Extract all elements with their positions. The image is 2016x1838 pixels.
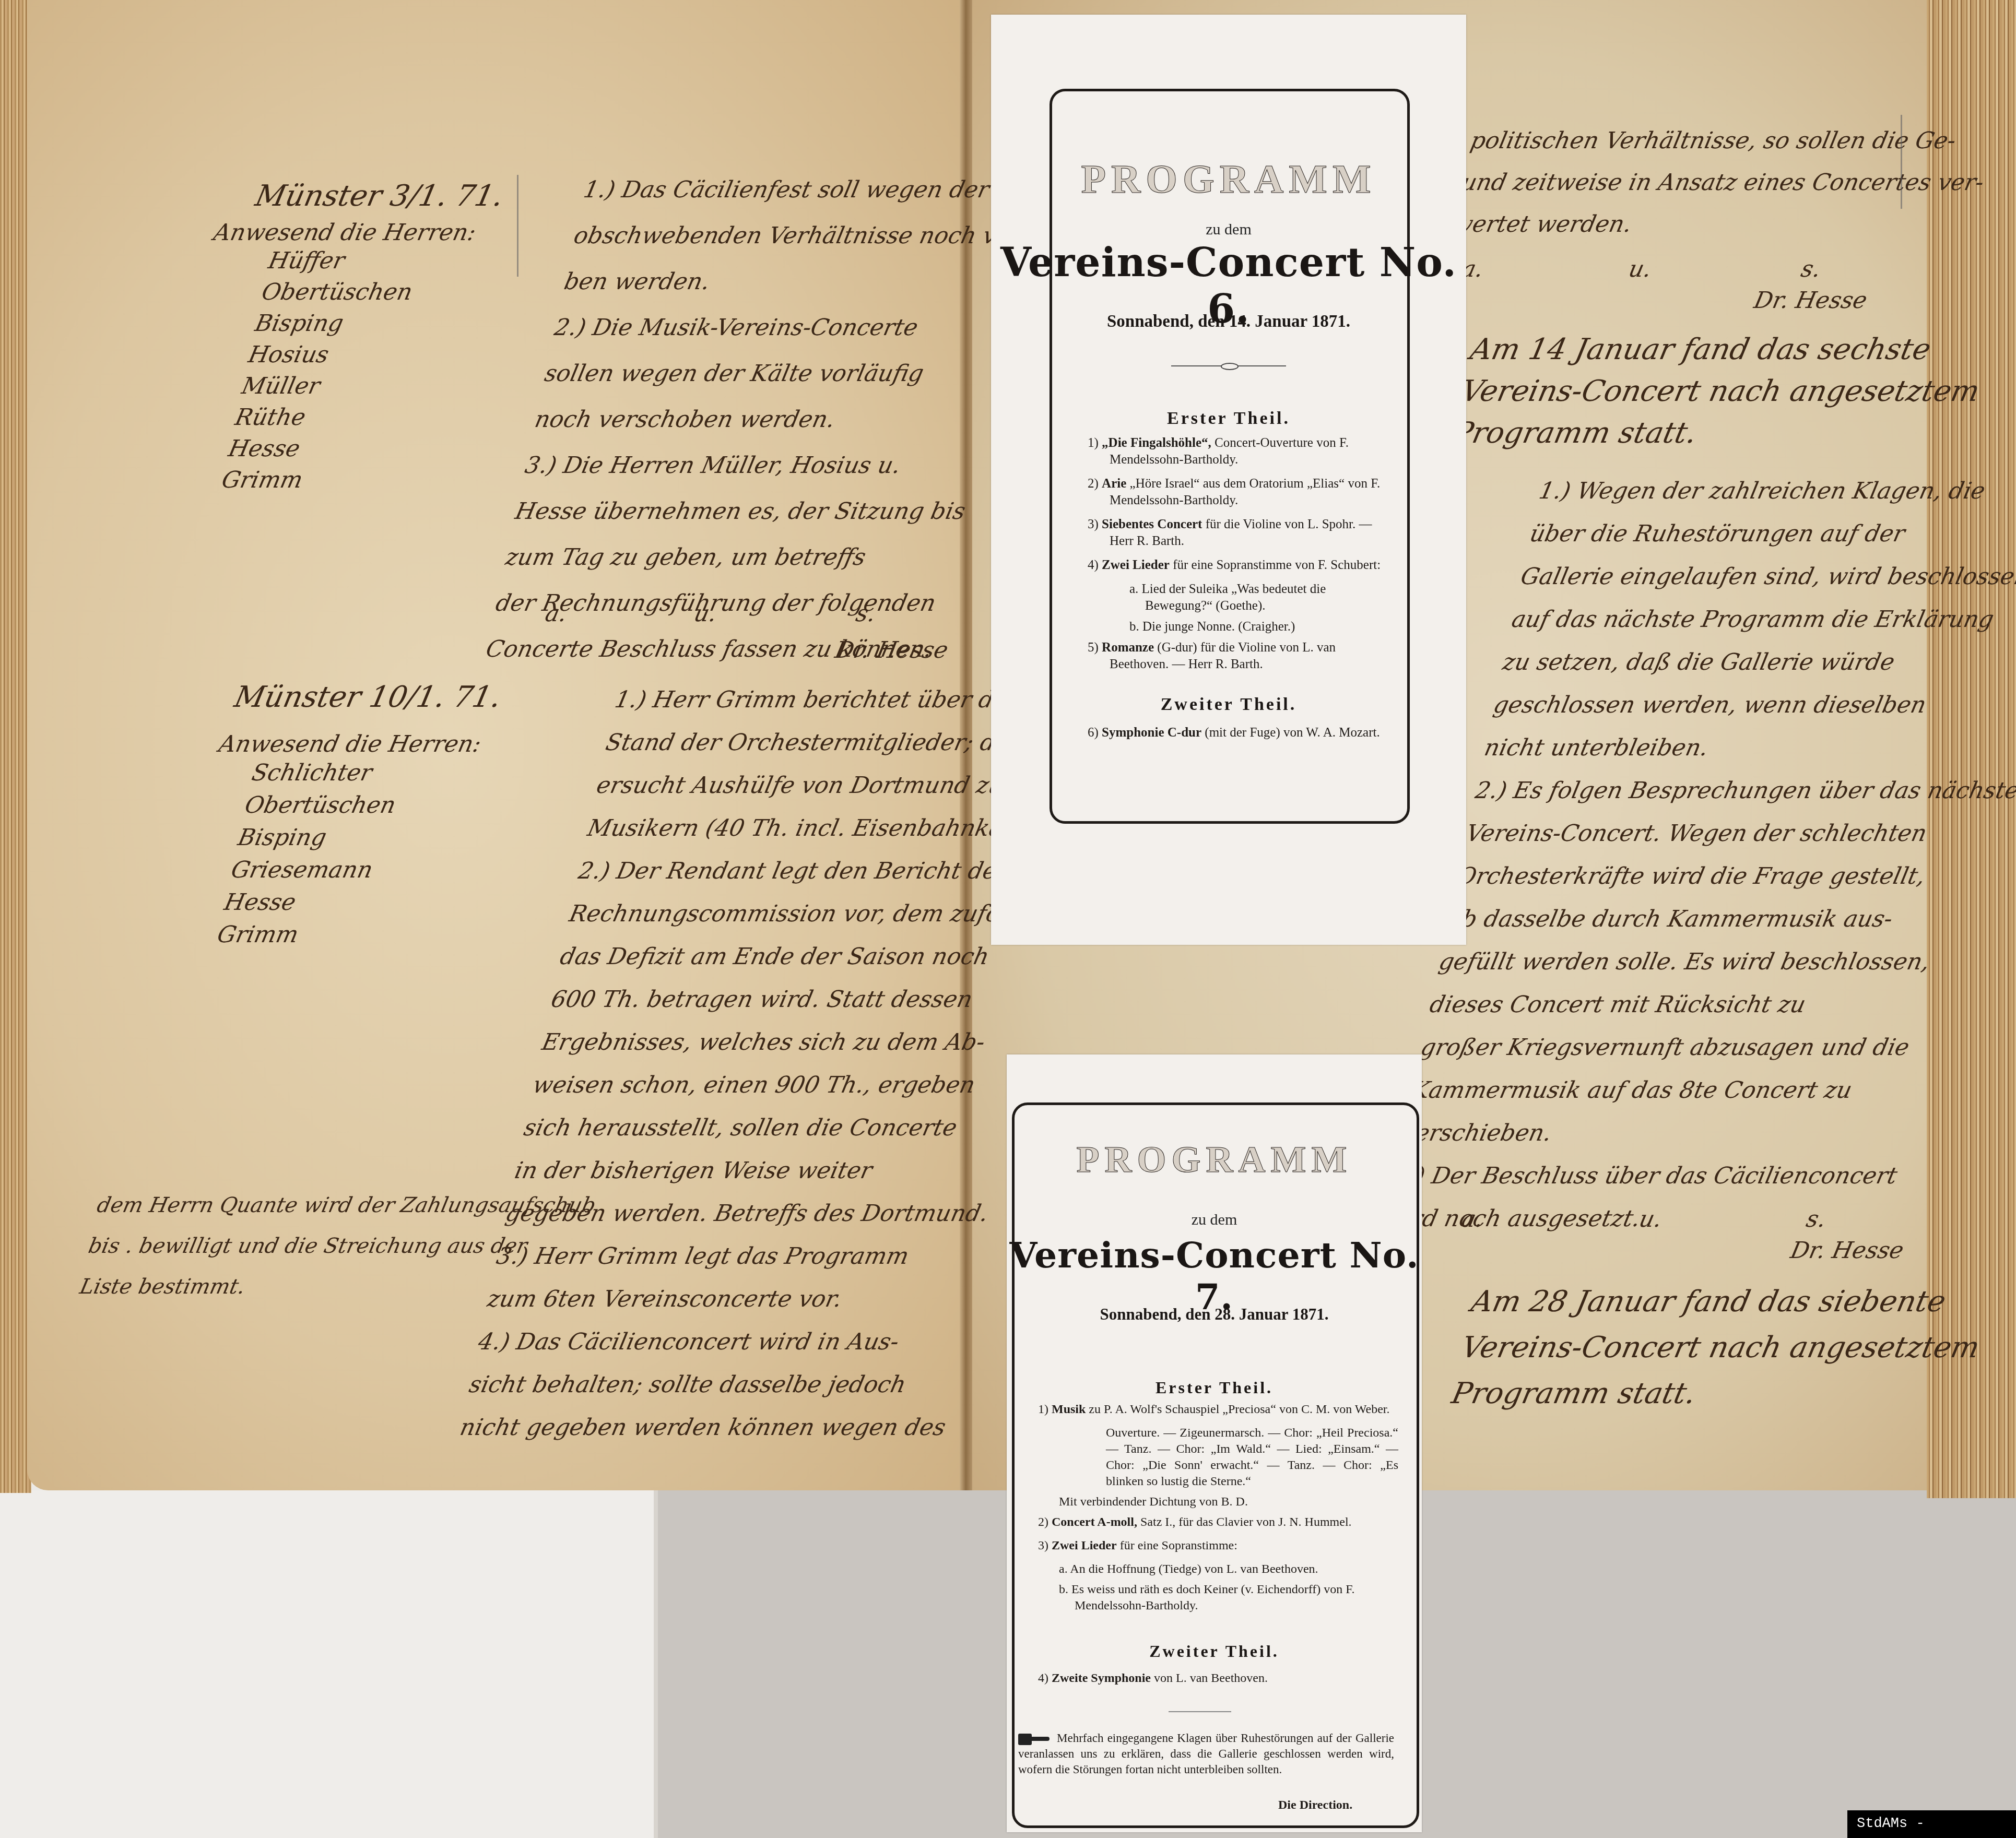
resolution-line: nicht unterbleiben. (1480, 727, 2016, 769)
program-subitem: a. Lied der Suleika „Was bedeutet die Be… (1088, 581, 1390, 614)
program-title: PROGRAMM (991, 156, 1466, 203)
resolution-line: ob dasselbe durch Kammermusik aus- (1444, 898, 1996, 941)
continuation-line: politischen Verhältnisse, so sollen die … (1467, 120, 1997, 162)
resolution-line: Gallerie eingelaufen sind, wird beschlos… (1517, 555, 2016, 598)
resolution-line: 2.) Die Musik-Vereins-Concerte (550, 305, 1067, 351)
resolution-line: Hesse übernehmen es, der Sitzung bis (511, 489, 1028, 535)
margin-note-line: Liste bestimmt. (76, 1266, 582, 1307)
program-clipping-6: PROGRAMM zu dem Vereins-Concert No. 6. S… (991, 15, 1466, 945)
margin-note-line: dem Herrn Quante wird der Zahlungsaufsch… (93, 1185, 599, 1226)
resolution-line: Vereins-Concert. Wegen der schlechten (1462, 812, 2014, 855)
report-line: Am 14 Januar fand das sechste (1467, 329, 1993, 371)
attendee: Schlichter (249, 757, 405, 789)
attendee: Rüthe (232, 402, 388, 433)
report-line: Vereins-Concert nach angesetztem (1457, 1325, 1984, 1371)
resolution-line: Kammermusik auf das 8te Concert zu (1407, 1069, 1959, 1112)
program-item: 1) „Die Fingalshöhle“, Concert-Ouverture… (1088, 435, 1390, 468)
resolution-line: 3.) Die Herren Müller, Hosius u. (521, 443, 1038, 489)
part-heading: Zweiter Theil. (1007, 1642, 1422, 1661)
resolution-line: sicht behalten; sollte dasselbe jedoch (465, 1363, 959, 1406)
attendee: Hosius (245, 339, 402, 371)
program-item: 6) Symphonie C-dur (mit der Fuge) von W.… (1088, 725, 1401, 741)
continuation-line: und zeitweise in Ansatz eines Concertes … (1457, 162, 1988, 204)
resolution-line: großer Kriegsvernunft abzusagen und die (1417, 1026, 1968, 1069)
program-title: PROGRAMM (1007, 1138, 1422, 1181)
program-item: 4) Zweite Symphonie von L. van Beethoven… (1038, 1670, 1398, 1687)
resolution-line: der Rechnungsführung der folgenden (491, 580, 1009, 626)
program-item: 5) Romanze (G-dur) für die Violine von L… (1088, 639, 1390, 673)
resolution-line: dieses Concert mit Rücksicht zu (1425, 983, 1977, 1026)
program-subitem: b. Es weiss und räth es doch Keiner (v. … (1038, 1582, 1398, 1614)
report-line: Programm statt. (1448, 412, 1974, 454)
part-heading: Erster Theil. (991, 409, 1466, 429)
left-margin-note: dem Herrn Quante wird der Zahlungsaufsch… (76, 1185, 599, 1307)
resolution-line: Rechnungscommission vor, dem zufolge (565, 893, 1059, 935)
resolution-line: sollen wegen der Kälte vorläufig (540, 351, 1057, 397)
pencil-bracket (1901, 115, 1902, 209)
attendee: Hesse (226, 433, 382, 465)
resolution-line: zu setzen, daß die Gallerie würde (1499, 641, 2016, 684)
attendee: Hesse (221, 886, 378, 919)
resolution-line: über die Ruhestörungen auf der (1526, 513, 2016, 555)
program-subitem: a. An die Hoffnung (Tiedge) von L. van B… (1038, 1561, 1398, 1578)
resolution-line: Ergebnisses, welches sich zu dem Ab- (538, 1021, 1032, 1064)
resolution-line: 600 Th. betragen wird. Statt dessen (547, 978, 1041, 1021)
report-line: Programm statt. (1447, 1371, 1974, 1417)
resolution-line: Orchesterkräfte wird die Frage gestellt, (1453, 855, 2005, 898)
archive-reference-label: StdAMs - MV_002a_155 (1847, 1810, 2016, 1838)
program-subitem: b. Die junge Nonne. (Craigher.) (1088, 619, 1390, 635)
program-item: 3) Siebentes Concert für die Violine von… (1088, 516, 1390, 550)
attendee: Grimm (214, 919, 371, 951)
part-heading: Erster Theil. (1007, 1378, 1422, 1397)
gallery-notice: Mehrfach eingegangene Klagen über Ruhest… (1018, 1730, 1394, 1777)
program-clipping-7: PROGRAMM zu dem Vereins-Concert No. 7. S… (1007, 1054, 1422, 1832)
program-date: Sonnabend, den 28. Januar 1871. (1007, 1305, 1422, 1324)
entry1-signature: Dr. Hesse (830, 626, 953, 674)
pointing-hand-icon (1018, 1733, 1050, 1746)
report-line: Vereins-Concert nach angesetztem (1457, 371, 1983, 412)
program-items-part1: 1) Musik zu P. A. Wolf's Schauspiel „Pre… (1038, 1402, 1398, 1618)
right-continuation: politischen Verhältnisse, so sollen die … (1448, 120, 1997, 245)
program-item-note: Mit verbindender Dichtung von B. D. (1038, 1494, 1398, 1510)
resolution-line: das Defizit am Ende der Saison noch (556, 935, 1050, 978)
report-14-januar: Am 14 Januar fand das sechste Vereins-Co… (1448, 329, 1992, 454)
resolution-line: weisen schon, einen 900 Th., ergeben (529, 1064, 1023, 1107)
part-heading: Zweiter Theil. (991, 695, 1466, 715)
attendee: Obertüschen (242, 789, 398, 822)
program-item: 2) Arie „Höre Israel“ aus dem Oratorium … (1088, 476, 1390, 509)
program-item-detail: Ouverture. — Zigeunermarsch. — Chor: „He… (1038, 1425, 1398, 1490)
notice-signature: Die Direction. (1278, 1798, 1352, 1812)
margin-note-line: bis . bewilligt und die Streichung aus d… (85, 1226, 591, 1266)
backing-divider (654, 1490, 658, 1838)
attendee: Bisping (235, 822, 392, 854)
report-28-januar: Am 28 Januar fand das siebente Vereins-C… (1447, 1279, 1994, 1417)
program-item: 1) Musik zu P. A. Wolf's Schauspiel „Pre… (1038, 1402, 1398, 1418)
resolution-line: verschieben. (1398, 1112, 1950, 1155)
report-line: Am 28 Januar fand das siebente (1467, 1279, 1994, 1325)
resolution-line: sich herausstellt, sollen die Concerte (520, 1107, 1013, 1149)
resolution-line: nicht gegeben werden können wegen des (456, 1406, 950, 1449)
program-zu-dem: zu dem (1007, 1211, 1422, 1229)
attendee: Hüffer (265, 245, 422, 277)
program-item: 4) Zwei Lieder für eine Sopranstimme von… (1088, 557, 1390, 574)
program-zu-dem: zu dem (991, 221, 1466, 239)
program-item: 2) Concert A-moll, Satz I., für das Clav… (1038, 1514, 1398, 1531)
notice-divider (1169, 1711, 1231, 1712)
program-items-part1: 1) „Die Fingalshöhle“, Concert-Ouverture… (1088, 435, 1390, 680)
resolution-line: 3.) Der Beschluss über das Cäcilienconce… (1389, 1155, 1941, 1197)
attendee: Obertüschen (259, 277, 416, 308)
resolution-line: 1.) Wegen der zahlreichen Klagen, die (1535, 470, 2016, 513)
resolution-line: geschlossen werden, wenn dieselben (1489, 684, 2016, 727)
right-signature-1: Dr. Hesse (1749, 277, 1872, 325)
resolution-line: 2.) Es folgen Besprechungen über das näc… (1471, 769, 2016, 812)
resolution-line: noch verschoben werden. (530, 397, 1048, 443)
ornament-divider (1171, 365, 1286, 366)
attendee: Müller (239, 371, 395, 402)
backing-board (0, 1490, 657, 1838)
left-page-edges (0, 0, 31, 1493)
program-date: Sonnabend, den 14. Januar 1871. (991, 312, 1466, 331)
notice-text: Mehrfach eingegangene Klagen über Ruhest… (1018, 1732, 1394, 1776)
program-item: 3) Zwei Lieder für eine Sopranstimme: (1038, 1538, 1398, 1554)
resolution-line: zum Tag zu geben, um betreffs (501, 535, 1019, 580)
right-signature-2: Dr. Hesse (1786, 1227, 1908, 1275)
attendee: Grimm (219, 465, 375, 496)
attendee: Bisping (252, 308, 409, 339)
attendee: Griesemann (228, 854, 385, 886)
continuation-line: wertet werden. (1448, 204, 1979, 245)
resolution-line: auf das nächste Programm die Erklärung (1507, 598, 2016, 641)
entry2-heading: Münster 10/1. 71. (230, 673, 505, 721)
program-items-part2: 4) Zweite Symphonie von L. van Beethoven… (1038, 1670, 1398, 1694)
pencil-bracket (517, 175, 518, 277)
resolution-line: gefüllt werden solle. Es wird beschlosse… (1435, 941, 1987, 983)
resolution-line: 4.) Das Cäcilienconcert wird in Aus- (474, 1321, 968, 1363)
program-items-part2: 6) Symphonie C-dur (mit der Fuge) von W.… (1088, 725, 1401, 749)
